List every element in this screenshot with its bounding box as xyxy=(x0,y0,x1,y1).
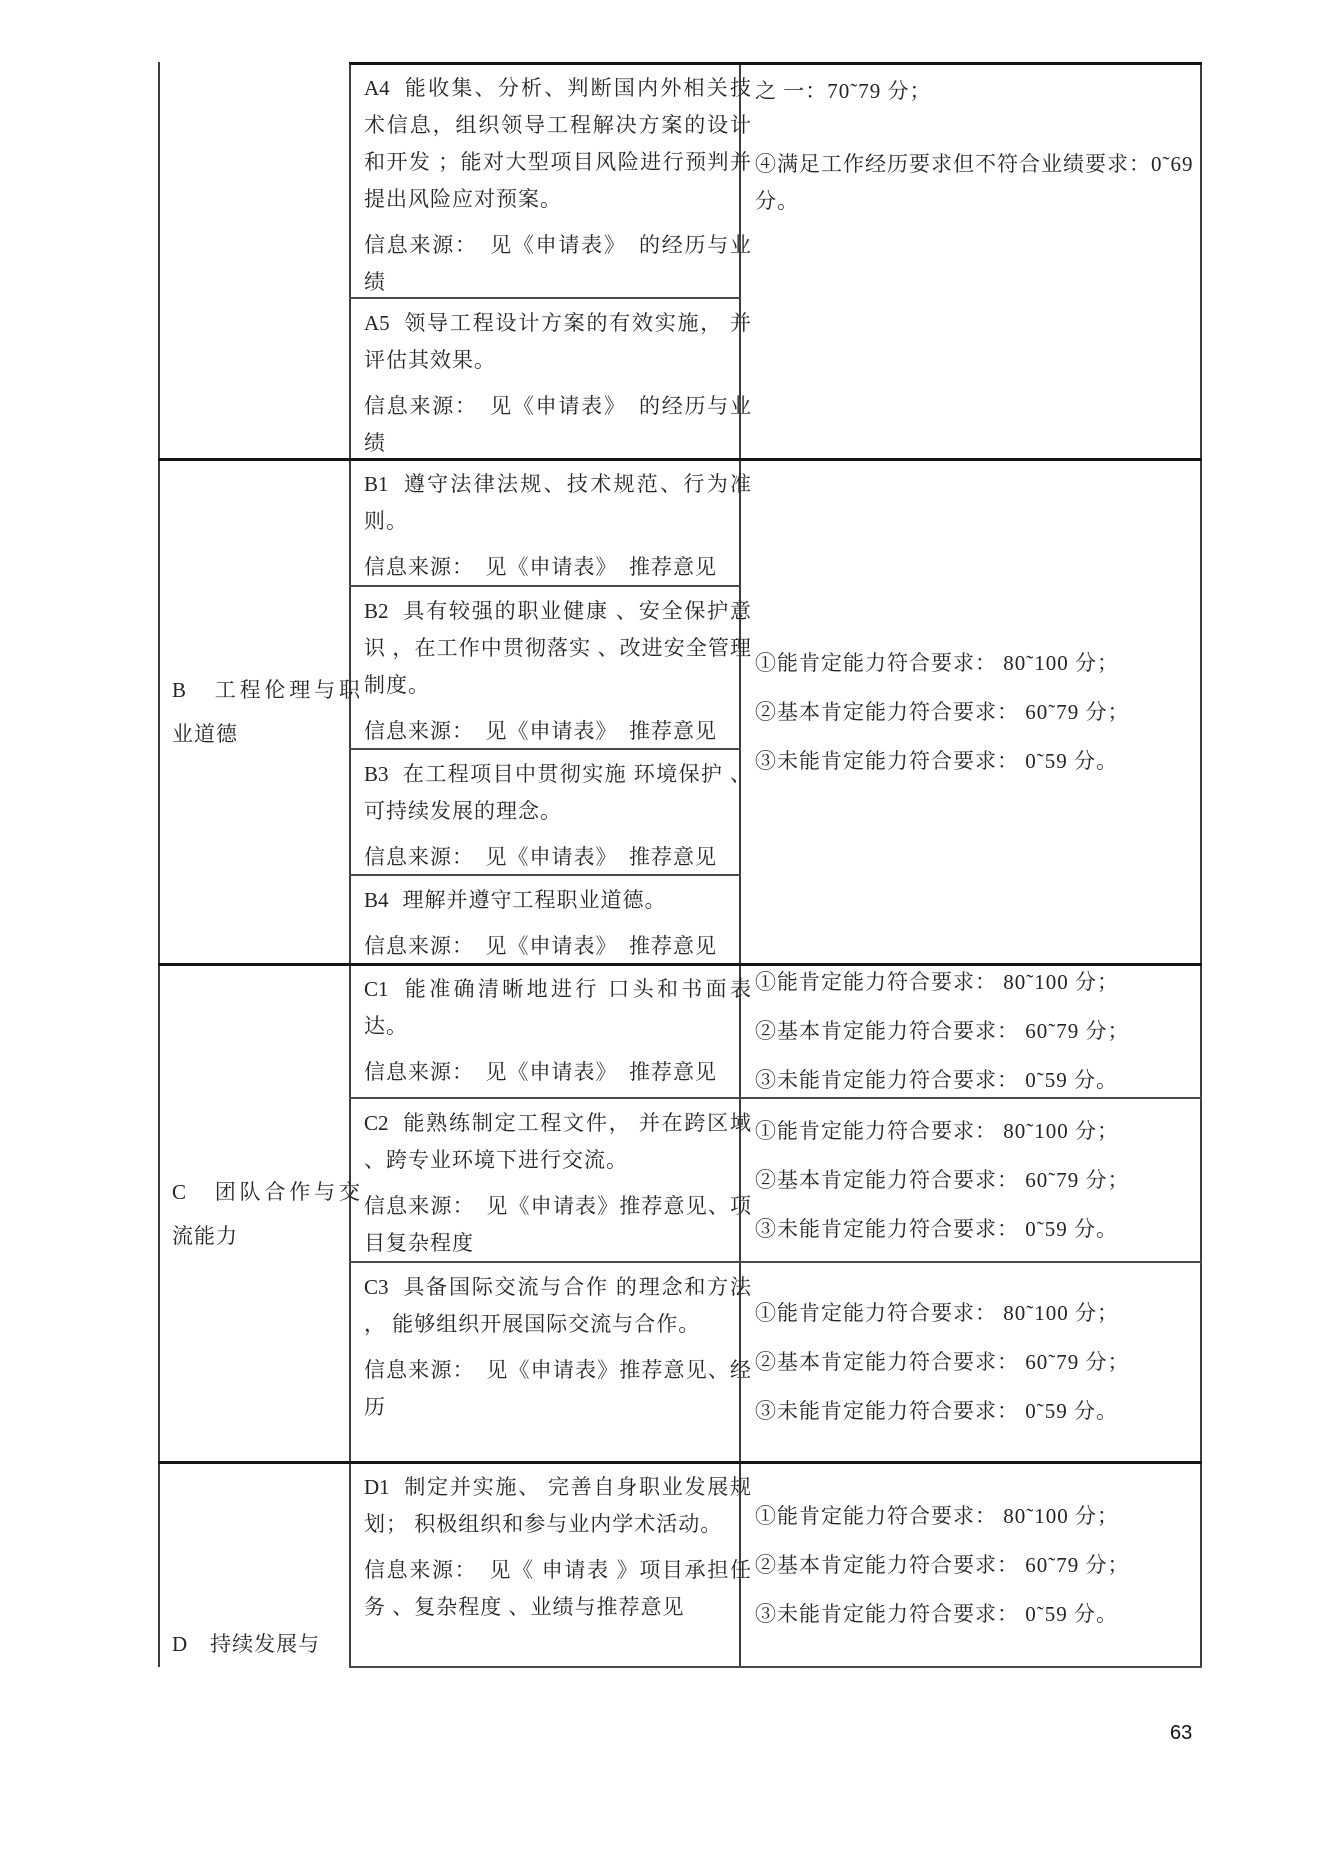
page-number: 63 xyxy=(1170,1722,1192,1745)
score-line: ③未能肯定能力符合要求： 0˜59 分。 xyxy=(755,1596,1214,1633)
score-cell-b: ①能肯定能力符合要求： 80˜100 分； ②基本肯定能力符合要求： 60˜79… xyxy=(741,461,1232,963)
score-line: ③未能肯定能力符合要求： 0˜59 分。 xyxy=(755,1393,1214,1430)
item-text: D1制定并实施、 完善自身职业发展规划； 积极组织和参与业内学术活动。 xyxy=(364,1469,752,1543)
item-text: B3在工程项目中贯彻实施 环境保护 、可持续发展的理念。 xyxy=(364,756,752,830)
item-text: C2能熟练制定工程文件， 并在跨区域 、跨专业环境下进行交流。 xyxy=(364,1105,752,1179)
score-cell-d: ①能肯定能力符合要求： 80˜100 分； ②基本肯定能力符合要求： 60˜79… xyxy=(741,1464,1232,1666)
item-source: 信息来源： 见《申请表》 的经历与业绩 xyxy=(364,388,752,462)
item-cell-d1: D1制定并实施、 完善自身职业发展规划； 积极组织和参与业内学术活动。 信息来源… xyxy=(351,1464,760,1671)
item-id: C1 xyxy=(364,977,389,1001)
item-id: C3 xyxy=(364,1275,389,1299)
score-cell-c3: ①能肯定能力符合要求： 80˜100 分； ②基本肯定能力符合要求： 60˜79… xyxy=(741,1264,1232,1461)
score-line: ②基本肯定能力符合要求： 60˜79 分； xyxy=(755,694,1214,731)
item-cell-b1: B1遵守法律法规、技术规范、行为准则。 信息来源： 见《申请表》 推荐意见 xyxy=(351,461,760,590)
category-label-b: B 工程伦理与职业道德 xyxy=(172,668,361,756)
item-id: B4 xyxy=(364,888,389,912)
item-desc: 能熟练制定工程文件， 并在跨区域 、跨专业环境下进行交流。 xyxy=(364,1111,752,1172)
score-line: ②基本肯定能力符合要求： 60˜79 分； xyxy=(755,1162,1214,1199)
item-id: A4 xyxy=(364,76,390,100)
score-cell-c1: ①能肯定能力符合要求： 80˜100 分； ②基本肯定能力符合要求： 60˜79… xyxy=(741,966,1232,1097)
item-desc: 领导工程设计方案的有效实施， 并评估其效果。 xyxy=(364,311,752,372)
item-desc: 理解并遵守工程职业道德。 xyxy=(403,888,667,912)
item-cell-c3: C3具备国际交流与合作 的理念和方法 ， 能够组织开展国际交流与合作。 信息来源… xyxy=(351,1264,760,1466)
score-cell-c2: ①能肯定能力符合要求： 80˜100 分； ②基本肯定能力符合要求： 60˜79… xyxy=(741,1100,1232,1261)
item-desc: 制定并实施、 完善自身职业发展规划； 积极组织和参与业内学术活动。 xyxy=(364,1475,752,1536)
score-line: ③未能肯定能力符合要求： 0˜59 分。 xyxy=(755,743,1214,780)
item-desc: 能准确清晰地进行 口头和书面表达。 xyxy=(364,977,752,1038)
item-cell-c1: C1能准确清晰地进行 口头和书面表达。 信息来源： 见《申请表》 推荐意见 xyxy=(351,966,760,1102)
score-line: ①能肯定能力符合要求： 80˜100 分； xyxy=(755,966,1214,1001)
score-cell-a: 之 一：70˜79 分； ④满足工作经历要求但不符合业绩要求：0˜69 分。 xyxy=(741,65,1232,466)
item-source: 信息来源： 见《申请表》推荐意见、项目复杂程度 xyxy=(364,1188,752,1262)
item-text: A4能收集、分析、判断国内外相关技术信息，组织领导工程解决方案的设计和开发 ；能… xyxy=(364,70,752,218)
item-id: C2 xyxy=(364,1111,389,1135)
category-label-d: D 持续发展与 xyxy=(172,1622,361,1666)
item-text: B4理解并遵守工程职业道德。 xyxy=(364,882,752,919)
category-cell-c: C 团队合作与交 流能力 xyxy=(160,966,373,1461)
item-cell-b3: B3在工程项目中贯彻实施 环境保护 、可持续发展的理念。 信息来源： 见《申请表… xyxy=(351,751,760,879)
score-line: ①能肯定能力符合要求： 80˜100 分； xyxy=(755,1498,1214,1535)
item-id: B3 xyxy=(364,762,389,786)
document-page: B 工程伦理与职业道德 C 团队合作与交 流能力 D 持续发展与 A4能收集、分… xyxy=(0,0,1323,1871)
score-line: ②基本肯定能力符合要求： 60˜79 分； xyxy=(755,1013,1214,1050)
item-desc: 具有较强的职业健康 、安全保护意识 ，在工作中贯彻落实 、改进安全管理制度。 xyxy=(364,599,752,697)
category-cell-b: B 工程伦理与职业道德 xyxy=(160,461,373,963)
score-line: ②基本肯定能力符合要求： 60˜79 分； xyxy=(755,1547,1214,1584)
item-text: A5领导工程设计方案的有效实施， 并评估其效果。 xyxy=(364,305,752,379)
score-line: ③未能肯定能力符合要求： 0˜59 分。 xyxy=(755,1062,1214,1097)
category-label-c: C 团队合作与交 流能力 xyxy=(172,1170,361,1258)
score-line: ②基本肯定能力符合要求： 60˜79 分； xyxy=(755,1344,1214,1381)
item-text: B1遵守法律法规、技术规范、行为准则。 xyxy=(364,466,752,540)
score-line: ③未能肯定能力符合要求： 0˜59 分。 xyxy=(755,1211,1214,1248)
item-id: B1 xyxy=(364,472,389,496)
score-line: ①能肯定能力符合要求： 80˜100 分； xyxy=(755,1295,1214,1332)
item-source: 信息来源： 见《申请表》 推荐意见 xyxy=(364,549,752,586)
item-cell-a5: A5领导工程设计方案的有效实施， 并评估其效果。 信息来源： 见《申请表》 的经… xyxy=(351,300,760,463)
item-source: 信息来源： 见《申请表》 推荐意见 xyxy=(364,928,752,965)
item-text: C3具备国际交流与合作 的理念和方法 ， 能够组织开展国际交流与合作。 xyxy=(364,1269,752,1343)
score-line: 之 一：70˜79 分； xyxy=(755,73,1214,110)
score-line: ①能肯定能力符合要求： 80˜100 分； xyxy=(755,645,1214,682)
score-line: ④满足工作经历要求但不符合业绩要求：0˜69 分。 xyxy=(755,146,1214,220)
item-cell-a4: A4能收集、分析、判断国内外相关技术信息，组织领导工程解决方案的设计和开发 ；能… xyxy=(351,65,760,302)
item-source: 信息来源： 见《申请表》 的经历与业绩 xyxy=(364,227,752,301)
item-desc: 能收集、分析、判断国内外相关技术信息，组织领导工程解决方案的设计和开发 ；能对大… xyxy=(364,76,752,211)
item-cell-b2: B2具有较强的职业健康 、安全保护意识 ，在工作中贯彻落实 、改进安全管理制度。… xyxy=(351,588,760,753)
item-source: 信息来源： 见《申请表》 推荐意见 xyxy=(364,839,752,876)
item-source: 信息来源： 见《 申请表 》项目承担任务 、复杂程度 、业绩与推荐意见 xyxy=(364,1552,752,1626)
item-id: D1 xyxy=(364,1475,390,1499)
item-source: 信息来源： 见《申请表》 推荐意见 xyxy=(364,1054,752,1091)
item-source: 信息来源： 见《申请表》 推荐意见 xyxy=(364,713,752,750)
item-id: B2 xyxy=(364,599,389,623)
item-id: A5 xyxy=(364,311,390,335)
item-cell-c2: C2能熟练制定工程文件， 并在跨区域 、跨专业环境下进行交流。 信息来源： 见《… xyxy=(351,1100,760,1266)
item-source: 信息来源： 见《申请表》推荐意见、经历 xyxy=(364,1352,752,1426)
item-text: C1能准确清晰地进行 口头和书面表达。 xyxy=(364,971,752,1045)
category-cell-d: D 持续发展与 xyxy=(160,1464,373,1682)
item-desc: 在工程项目中贯彻实施 环境保护 、可持续发展的理念。 xyxy=(364,762,752,823)
item-desc: 具备国际交流与合作 的理念和方法 ， 能够组织开展国际交流与合作。 xyxy=(364,1275,752,1336)
score-line: ①能肯定能力符合要求： 80˜100 分； xyxy=(755,1113,1214,1150)
item-text: B2具有较强的职业健康 、安全保护意识 ，在工作中贯彻落实 、改进安全管理制度。 xyxy=(364,593,752,704)
item-cell-b4: B4理解并遵守工程职业道德。 信息来源： 见《申请表》 推荐意见 xyxy=(351,877,760,968)
item-desc: 遵守法律法规、技术规范、行为准则。 xyxy=(364,472,752,533)
